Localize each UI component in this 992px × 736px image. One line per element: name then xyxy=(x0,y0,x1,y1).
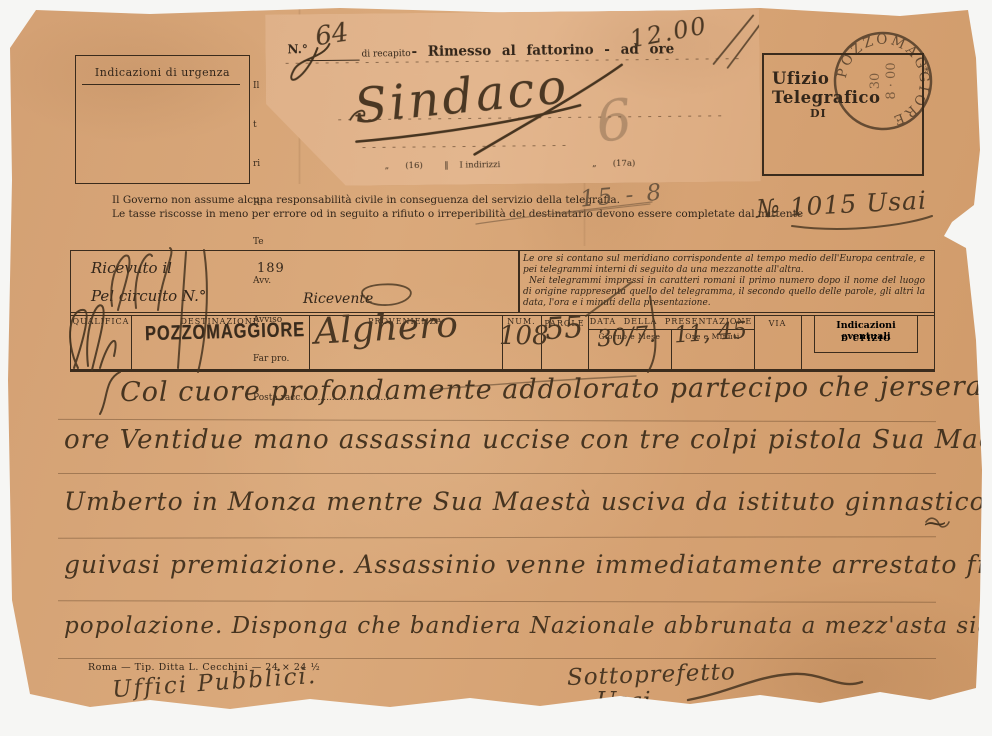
message-line-1: Col cuore profondamente addolorato parte… xyxy=(120,371,983,408)
column-fragment: Te xyxy=(253,236,389,249)
parole-value: 55 xyxy=(544,310,585,348)
indicazioni-label-line2: D'UFIZIO xyxy=(815,333,917,343)
slip-recapito-label: di recapito xyxy=(361,49,410,60)
ruled-line xyxy=(58,419,936,422)
message-line-4: guivasi premiazione. Assassinio venne im… xyxy=(64,550,992,579)
postmark-stamp-icon: POZZOMAGGIORE ✳ 30 8 · 00 xyxy=(827,25,939,137)
postmark-town: POZZOMAGGIORE xyxy=(827,25,939,137)
disclaimer-line-1: Il Governo non assume alcuna responsabil… xyxy=(112,194,620,206)
ricevuto-il-label: Ricevuto il xyxy=(91,259,172,277)
handwritten-registry-note: № 1015 Usai xyxy=(755,186,927,224)
postmark-date-line1: 30 xyxy=(868,73,883,90)
slip-pencil-slash xyxy=(713,15,760,67)
urgency-box-rule xyxy=(82,84,240,85)
delivery-slip: N.° 64 di recapito - Rimesso al fattorin… xyxy=(265,9,761,186)
slip-dotted-line xyxy=(363,145,567,147)
ruled-line xyxy=(58,600,936,603)
horizontal-rule xyxy=(71,312,934,313)
cell-divider xyxy=(518,251,520,312)
num-value: 108 xyxy=(499,321,549,351)
telegram-scan: Indicazioni di urgenza Il t ri Ri Te Avv… xyxy=(0,0,992,736)
giorno-mese-value: 30/7. xyxy=(596,321,657,352)
signature-name: Usai xyxy=(596,687,651,715)
disclaimer-line-2: Le tasse riscosse in meno per errore od … xyxy=(112,208,803,220)
col-header-qualifica: QUALIFICA xyxy=(71,317,131,326)
time-notice-para-1: Le ore si contano sul meridiano corrispo… xyxy=(523,254,925,276)
telegram-form-box: Ricevuto il 189 Pel circuito N.° Riceven… xyxy=(70,250,935,372)
svg-text:POZZOMAGGIORE: POZZOMAGGIORE xyxy=(827,25,939,137)
ruled-line xyxy=(58,658,936,659)
pel-circuito-label: Pel circuito N.° xyxy=(91,287,206,305)
slip-number-label: N.° xyxy=(287,42,308,56)
col-header-via: VIA xyxy=(754,319,801,328)
slip-number-value: 64 xyxy=(313,18,350,53)
continuation-mark: ⁓ xyxy=(924,512,946,537)
postmark-date-line2: 8 · 00 xyxy=(884,62,899,99)
urgency-box-label: Indicazioni di urgenza xyxy=(76,66,249,79)
message-line-2: ore Ventidue mano assassina uccise con t… xyxy=(64,425,992,455)
ricevente-label: Ricevente xyxy=(303,291,373,307)
signature-title: Sottoprefetto xyxy=(567,659,737,691)
message-line-5: popolazione. Disponga che bandiera Nazio… xyxy=(64,613,992,639)
ore-minuti-value: 11, 45 xyxy=(673,317,748,348)
telegraph-office-di-label: DI xyxy=(810,107,827,120)
ruled-line xyxy=(58,536,936,539)
time-notice: Le ore si contano sul meridiano corrispo… xyxy=(523,254,925,309)
time-notice-para-2: Nei telegrammi impressi in caratteri rom… xyxy=(523,276,925,309)
slip-pencil-number: 6 xyxy=(593,87,636,156)
ruled-line xyxy=(58,473,936,474)
destinazione-stamp: POZZOMAGGIORE xyxy=(131,319,319,347)
year-print: 189 xyxy=(257,261,285,276)
message-line-3: Umberto in Monza mentre Sua Maestà usciv… xyxy=(64,487,992,516)
provenienza-value: Alghero xyxy=(313,304,459,352)
urgency-box: Indicazioni di urgenza xyxy=(75,55,250,184)
column-divider xyxy=(801,315,802,369)
indicazioni-box: Indicazioni eventuali D'UFIZIO xyxy=(814,315,918,353)
